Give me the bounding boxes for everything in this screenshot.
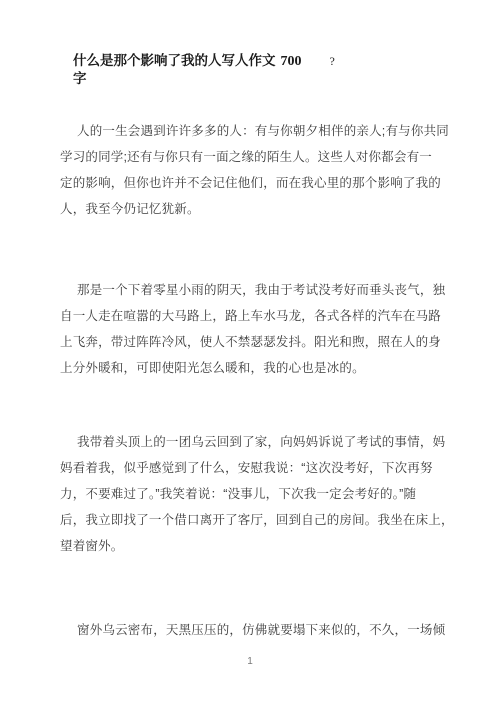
paragraph-line: 上分外暖和，可即使阳光怎么暖和，我的心也是冰的。	[60, 355, 460, 381]
essay-word-count: 700	[281, 54, 302, 69]
essay-title-line-1: 什么是那个影响了我的人写人作文700?	[73, 52, 460, 70]
paragraph-2: 那是一个下着零星小雨的阴天，我由于考试没考好而垂头丧气，独自一人走在喧嚣的大马路…	[60, 277, 460, 381]
paragraph-line: 窗外乌云密布，天黑压压的，仿佛就要塌下来似的，不久，一场倾	[60, 617, 460, 643]
paragraph-line: 后，我立即找了一个借口离开了客厅，回到自己的房间。我坐在床上，	[60, 507, 460, 533]
document-page: 什么是那个影响了我的人写人作文700? 字 人的一生会遇到许许多多的人：有与你朝…	[0, 0, 500, 707]
essay-title-text: 什么是那个影响了我的人写人作文	[73, 53, 276, 68]
paragraph-line: 人的一生会遇到许许多多的人：有与你朝夕相伴的亲人;有与你共同	[60, 118, 460, 144]
paragraph-line: 人，我至今仍记忆犹新。	[60, 196, 460, 222]
paragraph-line: 我带着头顶上的一团乌云回到了家，向妈妈诉说了考试的事情，妈	[60, 429, 460, 455]
page-number: 1	[0, 656, 500, 667]
paragraph-line: 上飞奔，带过阵阵冷风，使人不禁瑟瑟发抖。阳光和煦，照在人的身	[60, 329, 460, 355]
essay-title: 什么是那个影响了我的人写人作文700? 字	[73, 52, 460, 87]
essay-body: 人的一生会遇到许许多多的人：有与你朝夕相伴的亲人;有与你共同学习的同学;还有与你…	[60, 118, 460, 643]
paragraph-line: 学习的同学;还有与你只有一面之缘的陌生人。这些人对你都会有一	[60, 144, 460, 170]
paragraph-line: 妈看着我，似乎感觉到了什么，安慰我说：“这次没考好，下次再努	[60, 455, 460, 481]
paragraph-line: 那是一个下着零星小雨的阴天，我由于考试没考好而垂头丧气，独	[60, 277, 460, 303]
paragraph-line: 力，不要难过了。”我笑着说：“没事儿，下次我一定会考好的。”随	[60, 481, 460, 507]
paragraph-line: 自一人走在喧嚣的大马路上，路上车水马龙，各式各样的汽车在马路	[60, 303, 460, 329]
paragraph-3: 我带着头顶上的一团乌云回到了家，向妈妈诉说了考试的事情，妈妈看着我，似乎感觉到了…	[60, 429, 460, 559]
essay-title-question-mark: ?	[330, 54, 335, 68]
paragraph-4: 窗外乌云密布，天黑压压的，仿佛就要塌下来似的，不久，一场倾	[60, 617, 460, 643]
paragraph-1: 人的一生会遇到许许多多的人：有与你朝夕相伴的亲人;有与你共同学习的同学;还有与你…	[60, 118, 460, 222]
paragraph-line: 定的影响，但你也许并不会记住他们，而在我心里的那个影响了我的	[60, 170, 460, 196]
essay-title-line-2: 字	[73, 70, 460, 87]
paragraph-line: 望着窗外。	[60, 533, 460, 559]
